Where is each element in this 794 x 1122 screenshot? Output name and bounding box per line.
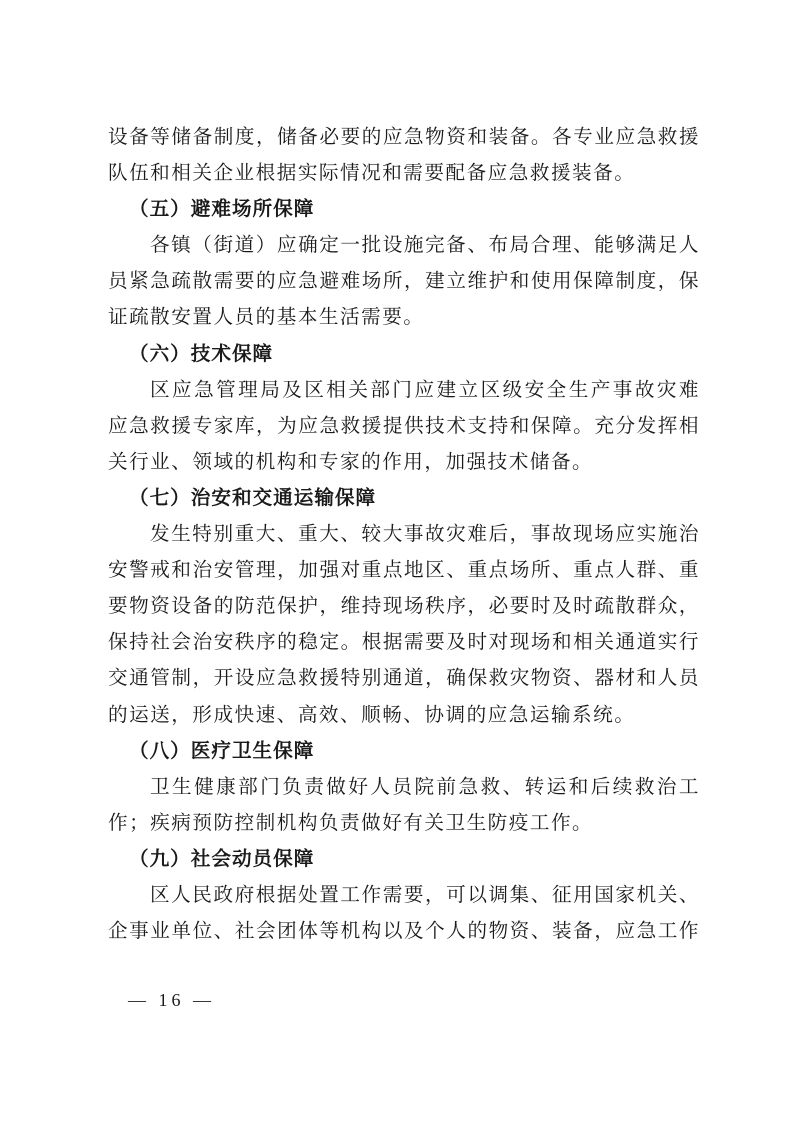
body-line: 交通管制，开设应急救援特别通道，确保救灾物资、器材和人员 (108, 660, 700, 696)
body-line: 的运送，形成快速、高效、顺畅、协调的应急运输系统。 (108, 697, 700, 733)
section-heading: （六）技术保障 (108, 336, 700, 372)
section-heading: （七）治安和交通运输保障 (108, 480, 700, 516)
body-line: 设备等储备制度，储备必要的应急物资和装备。各专业应急救援 (108, 119, 700, 155)
section-heading: （九）社会动员保障 (108, 841, 700, 877)
body-line: 安警戒和治安管理，加强对重点地区、重点场所、重点人群、重 (108, 552, 700, 588)
body-line: 证疏散安置人员的基本生活需要。 (108, 299, 700, 335)
section-heading: （五）避难场所保障 (108, 191, 700, 227)
body-line: 要物资设备的防范保护，维持现场秩序，必要时及时疏散群众， (108, 588, 700, 624)
body-line: 应急救援专家库，为应急救援提供技术支持和保障。充分发挥相 (108, 408, 700, 444)
body-line: 企事业单位、社会团体等机构以及个人的物资、装备，应急工作 (108, 913, 700, 949)
body-line: 卫生健康部门负责做好人员院前急救、转运和后续救治工 (108, 769, 700, 805)
body-line: 队伍和相关企业根据实际情况和需要配备应急救援装备。 (108, 155, 700, 191)
body-line: 区应急管理局及区相关部门应建立区级安全生产事故灾难 (108, 372, 700, 408)
body-line: 区人民政府根据处置工作需要，可以调集、征用国家机关、 (108, 877, 700, 913)
document-page: 设备等储备制度，储备必要的应急物资和装备。各专业应急救援 队伍和相关企业根据实际… (108, 119, 700, 949)
body-line: 关行业、领域的机构和专家的作用，加强技术储备。 (108, 444, 700, 480)
body-line: 发生特别重大、重大、较大事故灾难后，事故现场应实施治 (108, 516, 700, 552)
body-line: 各镇（街道）应确定一批设施完备、布局合理、能够满足人 (108, 227, 700, 263)
page-number: — 16 — (128, 990, 215, 1011)
body-line: 作；疾病预防控制机构负责做好有关卫生防疫工作。 (108, 805, 700, 841)
section-heading: （八）医疗卫生保障 (108, 733, 700, 769)
body-line: 保持社会治安秩序的稳定。根据需要及时对现场和相关通道实行 (108, 624, 700, 660)
body-line: 员紧急疏散需要的应急避难场所，建立维护和使用保障制度，保 (108, 263, 700, 299)
